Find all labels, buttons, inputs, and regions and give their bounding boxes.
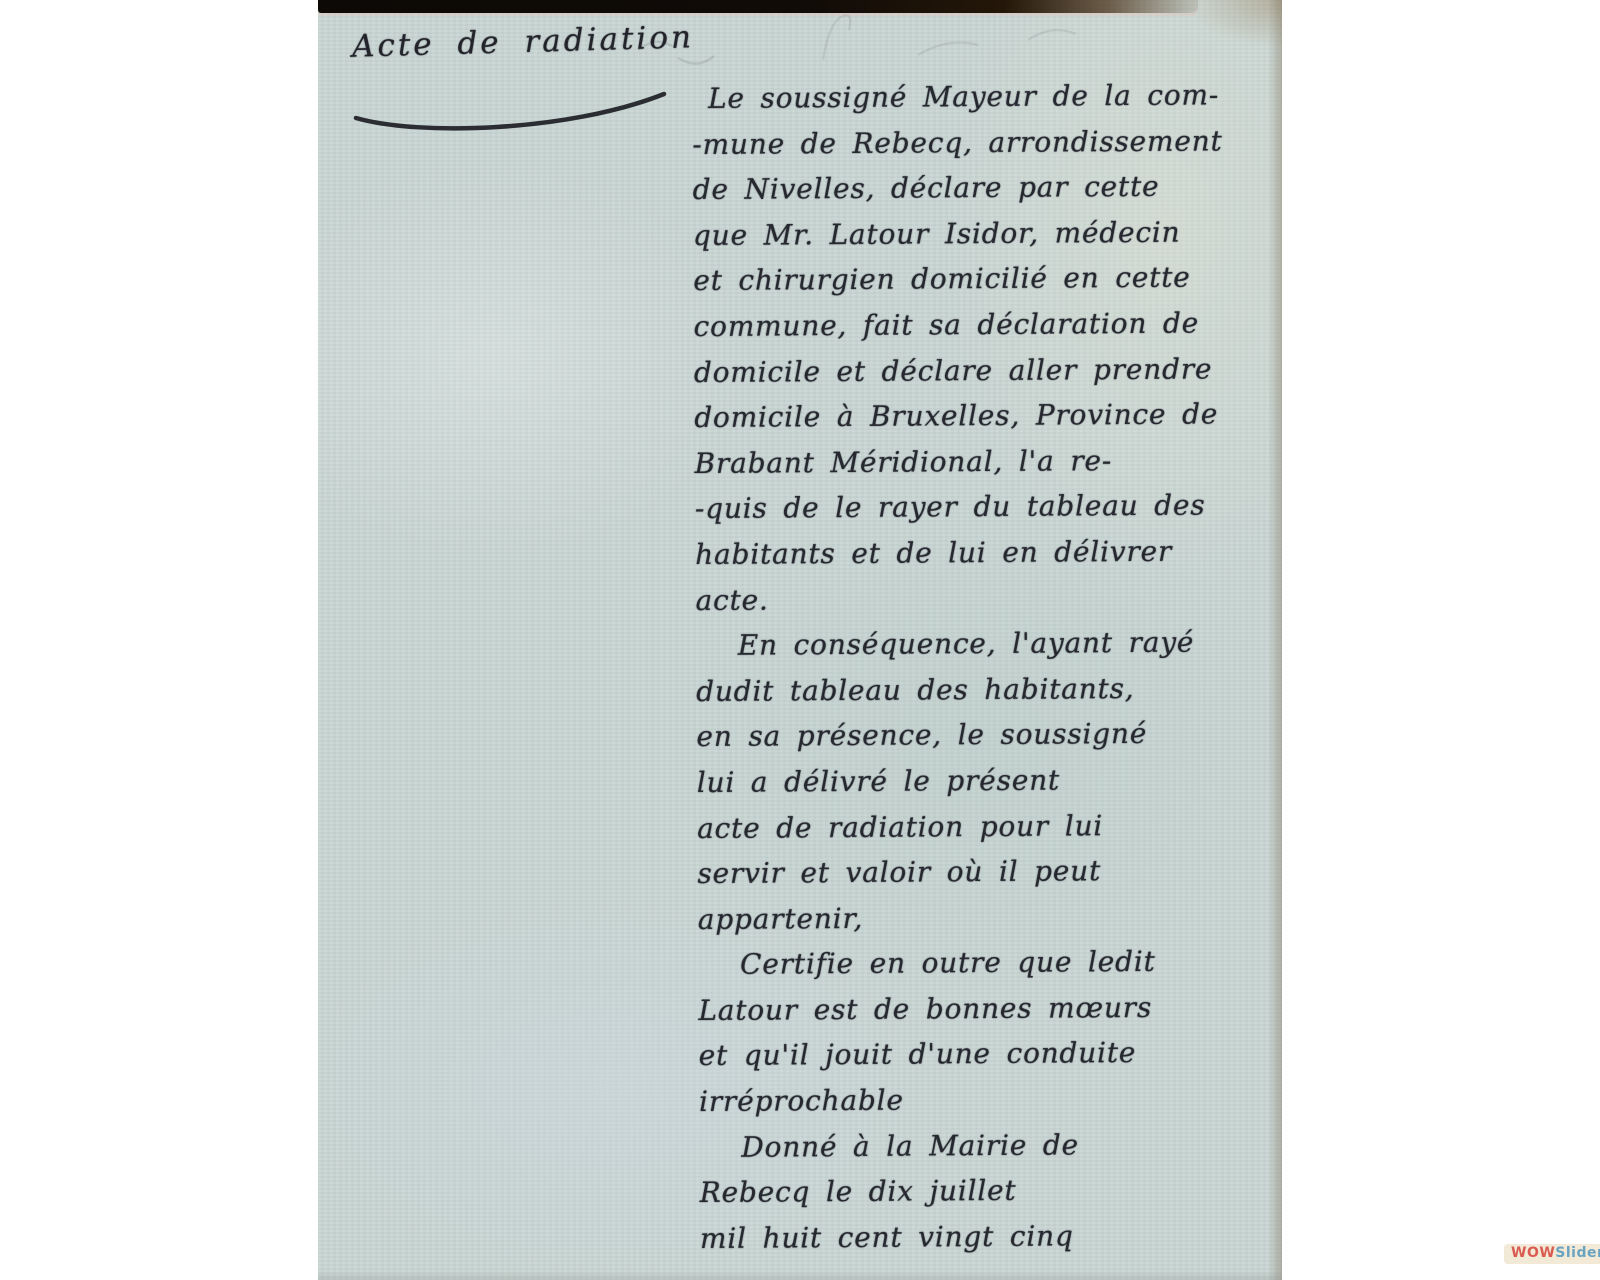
manuscript-line: commune, fait sa déclaration de: [693, 300, 1279, 350]
manuscript-line: Rebecq le dix juillet: [700, 1166, 1282, 1216]
viewer-stage: Acte de radiation Le soussigné Mayeur de…: [0, 0, 1600, 1280]
manuscript-line: de Nivelles, déclare par cette: [693, 163, 1279, 213]
manuscript-line: En conséquence, l'ayant rayé: [696, 619, 1282, 669]
manuscript-line: Latour est de bonnes mœurs: [698, 984, 1282, 1034]
document-body: Le soussigné Mayeur de la com- -mune de …: [692, 72, 1282, 1261]
manuscript-line: irréprochable: [699, 1075, 1282, 1125]
scan-edge-shadow-bottom: [318, 1271, 1282, 1280]
manuscript-line: en sa présence, le soussigné: [696, 710, 1282, 760]
manuscript-line: servir et valoir où il peut: [697, 847, 1282, 897]
ink-bleedthrough-mark: [618, 0, 1178, 80]
manuscript-line: domicile à Bruxelles, Province de: [694, 391, 1280, 441]
manuscript-line: et qu'il jouit d'une conduite: [699, 1029, 1282, 1079]
wowslider-watermark[interactable]: WOWSlider: [1504, 1244, 1600, 1264]
manuscript-line: Donné à la Mairie de: [699, 1121, 1282, 1171]
manuscript-line: acte.: [695, 573, 1281, 623]
manuscript-line: et chirurgien domicilié en cette: [693, 254, 1279, 304]
manuscript-line: appartenir,: [698, 893, 1282, 943]
manuscript-line: lui a délivré le présent: [697, 756, 1282, 806]
manuscript-line: domicile et déclare aller prendre: [694, 346, 1280, 396]
manuscript-line: Brabant Méridional, l'a re-: [694, 437, 1280, 487]
manuscript-line: acte de radiation pour lui: [697, 801, 1282, 851]
manuscript-line: dudit tableau des habitants,: [696, 665, 1282, 715]
manuscript-line: que Mr. Latour Isidor, médecin: [693, 209, 1279, 259]
manuscript-line: -mune de Rebecq, arrondissement: [692, 118, 1278, 168]
manuscript-line: mil huit cent vingt cinq: [700, 1212, 1282, 1262]
manuscript-line: -quis de le rayer du tableau des: [695, 482, 1281, 532]
watermark-text-slider: Slider: [1555, 1245, 1600, 1261]
scanned-page: Acte de radiation Le soussigné Mayeur de…: [318, 0, 1282, 1280]
watermark-text-wow: WOW: [1511, 1245, 1555, 1261]
heading-underline-flourish: [348, 80, 698, 144]
manuscript-line: Le soussigné Mayeur de la com-: [692, 72, 1278, 122]
manuscript-line: habitants et de lui en délivrer: [695, 528, 1281, 578]
manuscript-line: Certifie en outre que ledit: [698, 938, 1282, 988]
